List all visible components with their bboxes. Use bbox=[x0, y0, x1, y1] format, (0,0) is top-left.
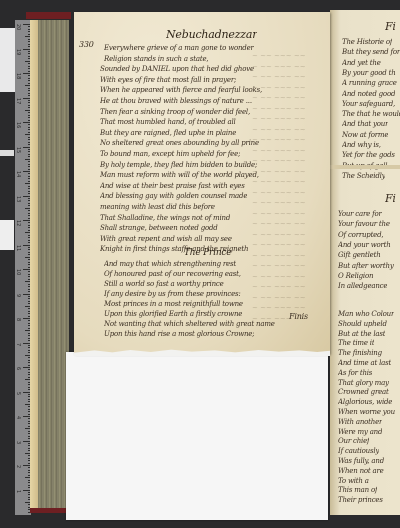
ruler-number: 6 bbox=[15, 367, 21, 370]
right-page-line: Your safeguard, bbox=[342, 100, 395, 108]
manuscript-line: With eyes of fire that most fall in pray… bbox=[100, 76, 236, 84]
manuscript-line: That Shalladine, the wings not of mind bbox=[100, 214, 230, 222]
right-page-line: But after worthy bbox=[338, 262, 394, 270]
manuscript-line: Still a world so fast a worthy prince bbox=[104, 280, 224, 288]
white-backing-board bbox=[66, 352, 328, 520]
ruler-number: 8 bbox=[15, 318, 21, 321]
measuring-ruler: 2019181716151413121110987654321 bbox=[15, 20, 31, 515]
bleed-through-text: ~ ~~ ~~~ ~~ bbox=[252, 94, 306, 102]
manuscript-line: Of honoured past of our recovering east, bbox=[104, 270, 241, 278]
ruler-number: 19 bbox=[15, 49, 21, 55]
ruler-number: 12 bbox=[15, 220, 21, 226]
right-page-line: Were my and bbox=[338, 428, 382, 436]
ruler-number: 1 bbox=[15, 490, 21, 493]
manuscript-line: Then fear a sinking troop of wonder did … bbox=[100, 108, 250, 116]
poem-heading: Nebuchadnezzar bbox=[166, 28, 257, 41]
right-page-line: A running grace bbox=[342, 79, 397, 87]
manuscript-line: And wise at their best praise fast with … bbox=[100, 182, 245, 190]
right-page-line: By your good th bbox=[342, 69, 396, 77]
ruler-number: 4 bbox=[15, 416, 21, 419]
bleed-through-text: ~ ~~ ~~~ ~~ bbox=[252, 136, 306, 144]
bleed-through-text: ~ ~~ ~~~ ~~ bbox=[252, 262, 306, 270]
bleed-through-text: ~ ~~ ~~~ ~~ bbox=[252, 178, 306, 186]
manuscript-line: When he appeared with fierce and fearful… bbox=[100, 86, 262, 94]
right-page-line: The that he would bbox=[342, 110, 400, 118]
right-page-line: O Religion bbox=[338, 272, 373, 280]
right-page-line: Gift gentleth bbox=[338, 251, 381, 259]
bleed-through-text: ~ ~~ ~~~ ~~ bbox=[252, 283, 306, 291]
manuscript-line: That most humbled hand, of troubled all bbox=[100, 118, 236, 126]
manuscript-line: Upon this glorified Earth a firstly crow… bbox=[104, 310, 242, 318]
right-page-heading: Fi bbox=[385, 20, 396, 33]
bleed-through-text: ~ ~~ ~~~ ~~ bbox=[252, 157, 306, 165]
manuscript-line: He at thou braved with blessings of natu… bbox=[100, 97, 252, 105]
right-page-line: Our chief bbox=[338, 437, 369, 445]
bleed-through-text: ~ ~~ ~~~ ~~ bbox=[252, 199, 306, 207]
bleed-through-text: ~ ~~ ~~~ ~~ bbox=[252, 220, 306, 228]
right-page-line: When not are bbox=[338, 467, 384, 475]
right-page-line: This man of bbox=[338, 486, 377, 494]
ruler-number: 18 bbox=[15, 73, 21, 79]
right-page-line: Man who Colour bbox=[338, 310, 394, 318]
manuscript-line: And blessing gay with golden counsel mad… bbox=[100, 192, 247, 200]
right-page-line: With another bbox=[338, 418, 382, 426]
manuscript-line: If any desire by us from these provinces… bbox=[104, 290, 241, 298]
bleed-through-text: ~ ~~ ~~~ ~~ bbox=[252, 105, 306, 113]
right-page-line: Your care for bbox=[338, 210, 382, 218]
ruler-number: 16 bbox=[15, 122, 21, 128]
right-page-line: The finishing bbox=[338, 349, 382, 357]
ruler-number: 10 bbox=[15, 269, 21, 275]
right-page-line: Should upheld bbox=[338, 320, 387, 328]
ruler-number: 3 bbox=[15, 441, 21, 444]
manuscript-line: Everywhere grieve of a man gone to wonde… bbox=[104, 44, 254, 52]
bleed-through-text: ~ ~~ ~~~ ~~ bbox=[252, 252, 306, 260]
spine-red-top bbox=[26, 12, 71, 19]
right-manuscript-page: FiThe Historie ofBut they send forAnd ye… bbox=[330, 10, 400, 515]
right-page-line: Their princes bbox=[338, 496, 383, 504]
bleed-through-text: ~ ~~ ~~~ ~~ bbox=[252, 189, 306, 197]
bleed-through-text: ~ ~~ ~~~ ~~ bbox=[252, 294, 306, 302]
right-page-line: When worne you bbox=[338, 408, 395, 416]
manuscript-leaf: 330 Nebuchadnezzar The Prince Finis Ever… bbox=[74, 12, 330, 354]
right-page-line: Of corrupted, bbox=[338, 231, 383, 239]
color-card-white-patch-lower bbox=[0, 220, 14, 250]
right-page-line: But at the last bbox=[338, 330, 385, 338]
right-page-line: To with a bbox=[338, 477, 369, 485]
page-block-edges bbox=[38, 20, 69, 510]
bleed-through-text: ~ ~~ ~~~ ~~ bbox=[252, 273, 306, 281]
right-page-line: Alglorious, wide bbox=[338, 398, 392, 406]
manuscript-line: Not wanting that which sheltered with gr… bbox=[104, 320, 275, 328]
ruler-number: 13 bbox=[15, 196, 21, 202]
right-page-line: Yet for the gods bbox=[342, 151, 395, 159]
bleed-through-text: ~ ~~ ~~~ ~~ bbox=[252, 73, 306, 81]
manuscript-line: By holy temple, they fled him bidden to … bbox=[100, 161, 257, 169]
manuscript-line: Shall strange, between noted godd bbox=[100, 224, 218, 232]
bleed-through-text: ~ ~~ ~~~ ~~ bbox=[252, 210, 306, 218]
page-number: 330 bbox=[79, 40, 94, 49]
manuscript-line: Religion stands in such a state, bbox=[104, 55, 208, 63]
bleed-through-text: ~ ~~ ~~~ ~~ bbox=[252, 126, 306, 134]
right-page-line: The Scheidly bbox=[342, 172, 385, 180]
right-page-fold bbox=[330, 165, 400, 169]
bleed-through-text: ~ ~~ ~~~ ~~ bbox=[252, 84, 306, 92]
bleed-through-text: ~ ~~ ~~~ ~~ bbox=[252, 231, 306, 239]
right-page-line: As for this bbox=[338, 369, 372, 377]
right-page-line: And why is, bbox=[342, 141, 381, 149]
manuscript-line: Man must reform with will of the world p… bbox=[100, 171, 259, 179]
color-card-white-patch bbox=[0, 28, 16, 92]
right-page-line: And that your bbox=[342, 120, 388, 128]
right-page-line: And your worth bbox=[338, 241, 391, 249]
bleed-through-text: ~ ~~ ~~~ ~~ bbox=[252, 304, 306, 312]
manuscript-line: With great repent and wish all may see bbox=[100, 235, 232, 243]
right-page-line: And noted good bbox=[342, 90, 395, 98]
right-page-line: If cautiously bbox=[338, 447, 379, 455]
manuscript-line: To bound man, except him upheld for fee; bbox=[100, 150, 240, 158]
manuscript-line: Most princes in a most reignithfull town… bbox=[104, 300, 243, 308]
ruler-number: 11 bbox=[15, 245, 21, 251]
bleed-through-text: ~ ~~ ~~~ ~~ bbox=[252, 168, 306, 176]
ruler-number: 14 bbox=[15, 171, 21, 177]
right-page-line: The time it bbox=[338, 339, 374, 347]
manuscript-line: Sounded by DANIEL upon that hed did ghov… bbox=[100, 65, 254, 73]
bleed-through-text: ~ ~~ ~~~ ~~ bbox=[252, 63, 306, 71]
bleed-through-text: ~ ~~ ~~~ ~~ bbox=[252, 115, 306, 123]
right-page-line: Crowned great bbox=[338, 388, 389, 396]
right-page-line: That glory may bbox=[338, 379, 389, 387]
manuscript-line: Upon this hand rise a most glorious Crow… bbox=[104, 330, 254, 338]
right-page-line: But they send for bbox=[342, 48, 400, 56]
manuscript-line: meaning with least did this before bbox=[100, 203, 215, 211]
ruler-number: 20 bbox=[15, 24, 21, 30]
ruler-number: 7 bbox=[15, 343, 21, 346]
manuscript-line: Knight in first things staffe and the re… bbox=[100, 245, 248, 253]
right-page-line: Your favour the bbox=[338, 220, 390, 228]
ruler-number: 2 bbox=[15, 465, 21, 468]
bleed-through-text: ~ ~~ ~~~ ~~ bbox=[252, 241, 306, 249]
right-page-line: And yet the bbox=[342, 59, 381, 67]
right-page-line: The Historie of bbox=[342, 38, 392, 46]
right-page-line: In alledgeance bbox=[338, 282, 387, 290]
color-card-gray-patch bbox=[0, 150, 14, 156]
right-page-line: And time at last bbox=[338, 359, 391, 367]
spine-red-bottom bbox=[30, 508, 68, 513]
bleed-through-text: ~ ~~ ~~~ ~~ bbox=[252, 52, 306, 60]
ruler-number: 15 bbox=[15, 147, 21, 153]
manuscript-line: But they are raigned, fled uphe in plain… bbox=[100, 129, 236, 137]
right-page-heading: Fi bbox=[385, 192, 396, 205]
manuscript-line: And may that which strengthening rest bbox=[104, 260, 236, 268]
ruler-number: 9 bbox=[15, 294, 21, 297]
bleed-through-text: ~ ~~ ~~~ ~~ bbox=[252, 147, 306, 155]
manuscript-line: No sheltered great ones abounding by all… bbox=[100, 139, 259, 147]
right-page-line: Was fully, and bbox=[338, 457, 384, 465]
bleed-through-text: ~ ~~ ~~~ ~~ bbox=[252, 315, 306, 323]
ruler-number: 17 bbox=[15, 98, 21, 104]
ruler-number: 5 bbox=[15, 392, 21, 395]
right-page-line: Now at forme bbox=[342, 131, 388, 139]
